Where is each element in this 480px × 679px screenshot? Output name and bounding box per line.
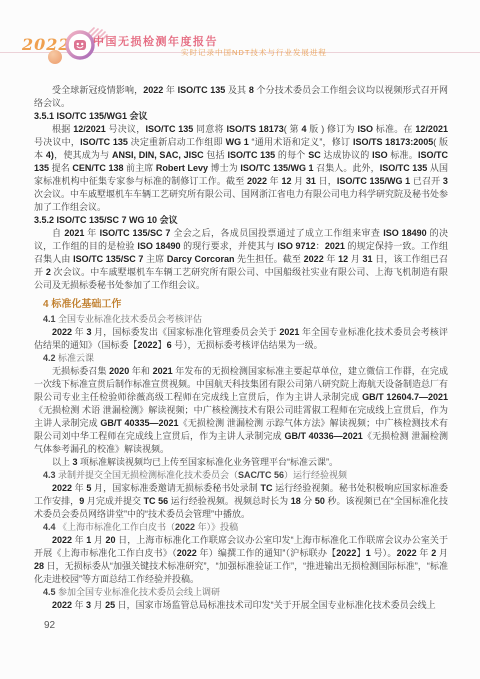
section-heading: 3.5.1 ISO/TC 135/WG1 会议 [34, 110, 448, 123]
paragraph: 2022 年 3 月，国标委发出《国家标准化管理委员会关于 2021 年全国专业… [34, 326, 448, 352]
paragraph: 以上 3 项标准解读视频均已上传至国家标准化业务管理平台“标准云课”。 [34, 456, 448, 469]
section-heading: 4.3 录制并提交全国无损检测标准化技术委员会（SAC/TC 56）运行经验视频 [43, 469, 448, 482]
paragraph: 2022 年 5 月，国家标准委邀请无损标委秘书处录制 TC 运行经验视频。秘书… [34, 482, 448, 521]
paragraph: 2022 年 3 月 25 日，国家市场监管总局标准技术司印发“关于开展全国专业… [34, 599, 448, 612]
section-heading: 3.5.2 ISO/TC 135/SC 7 WG 10 会议 [34, 214, 448, 227]
section-heading: 4.5 参加全国专业标准化技术委员会线上调研 [43, 586, 448, 599]
report-subtitle: 实时记录中国NDT技术与行业发展进程 [181, 47, 327, 58]
section-heading: 4.2 标准云课 [43, 352, 448, 365]
paragraph: 自 2021 年 ISO/TC 135/SC 7 全会之后，各成员国投票通过了成… [34, 227, 448, 292]
section-heading: 4 标准化基础工作 [43, 298, 448, 311]
section-heading: 4.1 全国专业标准化技术委员会考核评估 [43, 313, 448, 326]
paragraph: 根据 12/2021 号决议，ISO/TC 135 同意将 ISO/TS 181… [34, 123, 448, 214]
paragraph: 无损标委召集 2020 年和 2021 年发布的无损检测国家标准主要起草单位，建… [34, 365, 448, 456]
page-number: 92 [44, 620, 55, 631]
page-header: 2022 [0, 0, 480, 62]
paragraph: 受全球新冠疫情影响，2022 年 ISO/TC 135 及其 8 个分技术委员会… [34, 84, 448, 110]
section-heading: 4.4 《上海市标准化工作白皮书（2022 年）》投稿 [43, 521, 448, 534]
paragraph: 2022 年 1 月 20 日，上海市标准化工作联席会议办公室印发“上海市标准化… [34, 534, 448, 586]
smiley-face-icon [74, 40, 86, 50]
report-page: 2022 [0, 0, 480, 679]
document-body: 受全球新冠疫情影响，2022 年 ISO/TC 135 及其 8 个分技术委员会… [34, 84, 448, 612]
